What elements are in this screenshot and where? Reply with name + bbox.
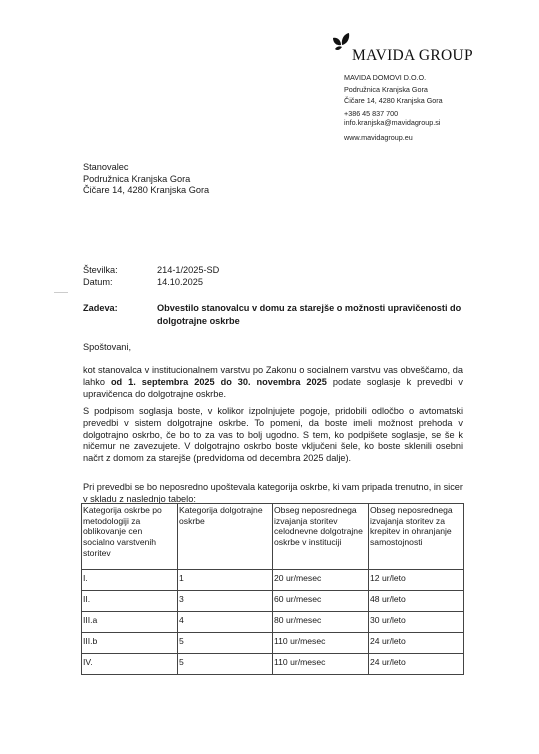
- date-value: 14.10.2025: [157, 277, 203, 289]
- table-row: II.360 ur/mesec48 ur/leto: [82, 591, 464, 612]
- recipient-line: Podružnica Kranjska Gora: [83, 174, 209, 186]
- consent-period-dates: od 1. septembra 2025 do 30. novembra 202…: [111, 377, 327, 387]
- table-cell: III.a: [82, 612, 178, 633]
- company-branch: Podružnica Kranjska Gora: [344, 84, 443, 96]
- table-header-cell: Kategorija oskrbe po metodologiji za obl…: [82, 504, 178, 570]
- greeting: Spoštovani,: [83, 342, 463, 354]
- table-header-cell: Kategorija dolgotrajne oskrbe: [178, 504, 273, 570]
- table-row: IV.5110 ur/mesec24 ur/leto: [82, 654, 464, 675]
- table-header-cell: Obseg neposrednega izvajanja storitev ce…: [273, 504, 369, 570]
- recipient-address: Stanovalec Podružnica Kranjska Gora Čiča…: [83, 162, 209, 197]
- table-cell: IV.: [82, 654, 178, 675]
- company-email[interactable]: info.kranjska@mavidagroup.si: [344, 117, 443, 129]
- paragraph-consent-period: kot stanovalca v institucionalnem varstv…: [83, 365, 463, 400]
- care-category-table: Kategorija oskrbe po metodologiji za obl…: [81, 503, 464, 675]
- table-row: III.b5110 ur/mesec24 ur/leto: [82, 633, 464, 654]
- fold-mark: [54, 292, 68, 293]
- table-cell: 24 ur/leto: [369, 633, 464, 654]
- number-label: Številka:: [83, 265, 157, 277]
- document-meta: Številka: 214-1/2025-SD Datum: 14.10.202…: [83, 265, 219, 288]
- leaf-icon: [332, 33, 352, 55]
- table-cell: 1: [178, 570, 273, 591]
- recipient-line: Čičare 14, 4280 Kranjska Gora: [83, 185, 209, 197]
- table-cell: II.: [82, 591, 178, 612]
- subject-line: Zadeva: Obvestilo stanovalcu v domu za s…: [83, 302, 483, 327]
- brand-name: MAVIDA GROUP: [352, 47, 473, 65]
- company-info: MAVIDA DOMOVI D.O.O. Podružnica Kranjska…: [344, 72, 443, 144]
- table-cell: 110 ur/mesec: [273, 654, 369, 675]
- table-cell: 4: [178, 612, 273, 633]
- table-cell: 80 ur/mesec: [273, 612, 369, 633]
- table-cell: III.b: [82, 633, 178, 654]
- table-header-row: Kategorija oskrbe po metodologiji za obl…: [82, 504, 464, 570]
- table-header-cell: Obseg neposrednega izvajanja storitev za…: [369, 504, 464, 570]
- table-cell: 5: [178, 633, 273, 654]
- table-row: I.120 ur/mesec12 ur/leto: [82, 570, 464, 591]
- number-value: 214-1/2025-SD: [157, 265, 219, 277]
- table-cell: 12 ur/leto: [369, 570, 464, 591]
- company-address: Čičare 14, 4280 Kranjska Gora: [344, 95, 443, 107]
- table-row: III.a480 ur/mesec30 ur/leto: [82, 612, 464, 633]
- subject-label: Zadeva:: [83, 302, 157, 327]
- table-cell: I.: [82, 570, 178, 591]
- table-cell: 3: [178, 591, 273, 612]
- table-cell: 30 ur/leto: [369, 612, 464, 633]
- table-cell: 5: [178, 654, 273, 675]
- paragraph-consent-effect: S podpisom soglasja boste, v kolikor izp…: [83, 406, 463, 465]
- table-cell: 20 ur/mesec: [273, 570, 369, 591]
- company-name: MAVIDA DOMOVI D.O.O.: [344, 72, 443, 84]
- date-label: Datum:: [83, 277, 157, 289]
- company-logo: MAVIDA GROUP: [332, 33, 472, 69]
- subject-value: Obvestilo stanovalcu v domu za starejše …: [157, 302, 477, 327]
- table-cell: 60 ur/mesec: [273, 591, 369, 612]
- table-cell: 24 ur/leto: [369, 654, 464, 675]
- table-cell: 110 ur/mesec: [273, 633, 369, 654]
- company-website[interactable]: www.mavidagroup.eu: [344, 132, 443, 144]
- recipient-line: Stanovalec: [83, 162, 209, 174]
- table-cell: 48 ur/leto: [369, 591, 464, 612]
